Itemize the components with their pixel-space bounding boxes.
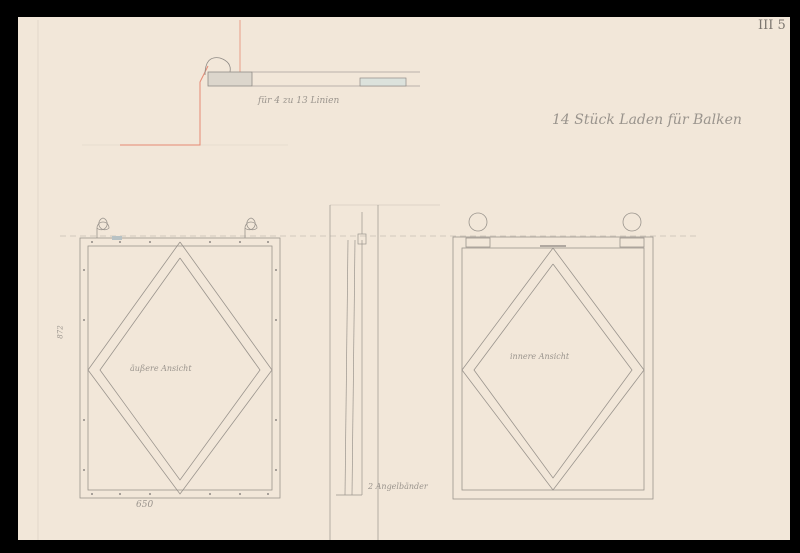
section-detail (120, 20, 420, 145)
technical-drawing (0, 0, 800, 553)
interior-view-label: innere Ansicht (510, 352, 569, 361)
exterior-shutter (80, 218, 280, 498)
exterior-view-label: äußere Ansicht (130, 364, 192, 373)
title-note: 14 Stück Laden für Balken (552, 112, 742, 128)
width-dimension: 650 (136, 500, 153, 510)
hinge-note: 2 Angelbänder (368, 482, 428, 491)
sheet-number: III 5 (758, 18, 786, 33)
height-dimension: 872 (57, 325, 65, 338)
section-note: für 4 zu 13 Linien (258, 96, 339, 106)
